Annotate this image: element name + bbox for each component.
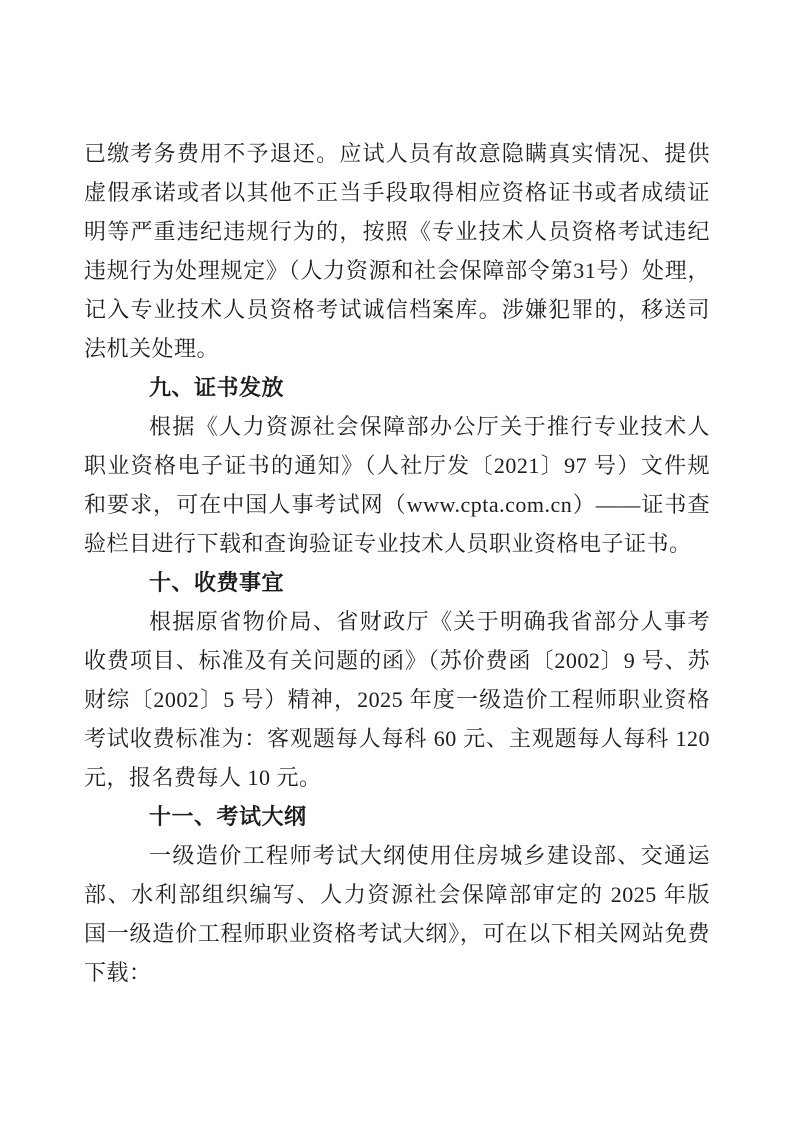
text-line: 根据《人力资源社会保障部办公厅关于推行专业技术人员 [84,407,710,446]
document-page: 已缴考务费用不予退还。应试人员有故意隐瞒真实情况、提供 虚假承诺或者以其他不正当… [0,0,794,1123]
text-line: 虚假承诺或者以其他不正当手段取得相应资格证书或者成绩证 [84,173,710,212]
text-line: 下载： [84,953,710,992]
text-line: 考试收费标准为：客观题每人每科 60 元、主观题每人每科 120 [84,719,710,758]
heading-exam-syllabus: 十一、考试大纲 [84,797,710,836]
text-line: 元，报名费每人 10 元。 [84,758,710,797]
text-line: 明等严重违纪违规行为的，按照《专业技术人员资格考试违纪 [84,212,710,251]
heading-fees: 十、收费事宜 [84,563,710,602]
text-line: 验栏目进行下载和查询验证专业技术人员职业资格电子证书。 [84,524,710,563]
text-line: 收费项目、标准及有关问题的函》（苏价费函〔2002〕9 号、苏 [84,641,710,680]
text-line: 部、水利部组织编写、人力资源社会保障部审定的 2025 年版《全 [84,875,710,914]
text-line: 职业资格电子证书的通知》（人社厅发〔2021〕97 号）文件规定 [84,446,710,485]
text-line: 违规行为处理规定》（人力资源和社会保障部令第31号）处理， [84,251,710,290]
text-line: 记入专业技术人员资格考试诚信档案库。涉嫌犯罪的，移送司 [84,290,710,329]
text-line: 根据原省物价局、省财政厅《关于明确我省部分人事考试 [84,602,710,641]
text-line: 国一级造价工程师职业资格考试大纲》，可在以下相关网站免费 [84,914,710,953]
text-line: 已缴考务费用不予退还。应试人员有故意隐瞒真实情况、提供 [84,134,710,173]
document-body: 已缴考务费用不予退还。应试人员有故意隐瞒真实情况、提供 虚假承诺或者以其他不正当… [84,134,710,992]
text-line: 财综〔2002〕5 号）精神，2025 年度一级造价工程师职业资格 [84,680,710,719]
text-line: 一级造价工程师考试大纲使用住房城乡建设部、交通运输 [84,836,710,875]
heading-certificate-distribution: 九、证书发放 [84,368,710,407]
text-line: 法机关处理。 [84,329,710,368]
text-line: 和要求，可在中国人事考试网（www.cpta.com.cn）——证书查 [84,485,710,524]
